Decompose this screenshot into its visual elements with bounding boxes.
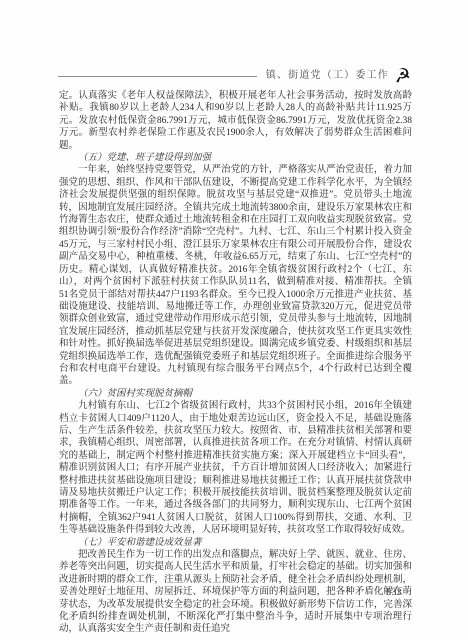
running-header: 镇、街道党（工）委工作 ☭: [58, 65, 411, 87]
section-heading-5: （五）党建、班子建设得到加强: [59, 152, 412, 164]
book-page: 镇、街道党（工）委工作 ☭ 定。认真落实《老年人权益保障法》，积极开展老年人社会…: [0, 0, 468, 640]
page-number: 533: [386, 588, 402, 598]
paragraph-section-6: 九村镇有东山、七江2个省级贫困行政村，共33个贫困村民小组，2016年全镇建档立…: [59, 400, 412, 536]
section-heading-6: （六）贫困村实现脱贫摘帽: [59, 388, 412, 400]
paragraph-section-7: 把改善民生作为一切工作的出发点和落脚点，解决好上学、就医、就业、住房、养老等突出…: [59, 549, 412, 636]
party-emblem-icon: ☭: [393, 65, 413, 86]
paragraph-section-5: 一年来，始终坚持党要管党，从严治党的方针，严格落实从严治党责任，着力加强党的思想…: [59, 164, 412, 387]
running-header-title: 镇、街道党（工）委工作: [266, 71, 389, 81]
section-heading-7: （七）平安和谐建设成效显著: [59, 537, 412, 549]
body-text-column: 定。认真落实《老年人权益保障法》，积极开展老年人社会事务活动，按时发放高龄补贴。…: [59, 90, 412, 636]
paragraph-continuation: 定。认真落实《老年人权益保障法》，积极开展老年人社会事务活动，按时发放高龄补贴。…: [59, 90, 412, 152]
header-rule-line: [58, 76, 257, 77]
